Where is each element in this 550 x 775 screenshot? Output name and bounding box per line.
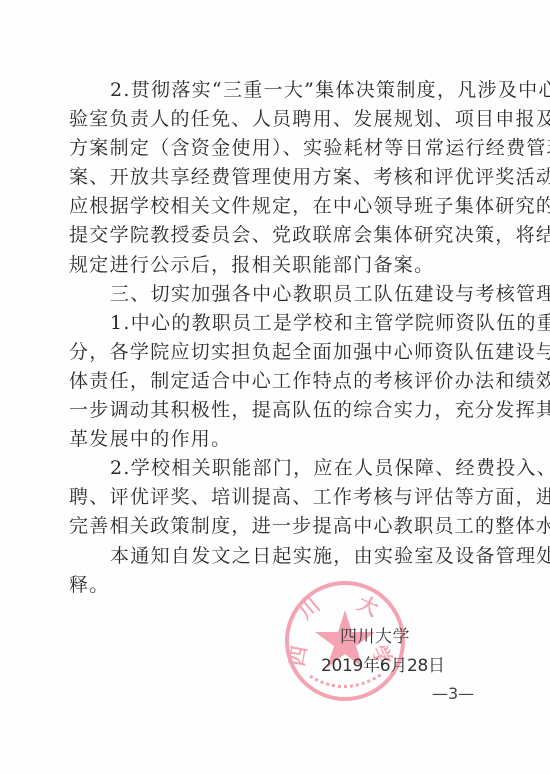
issue-date: 2019年6月28日 <box>321 651 445 676</box>
document-body: 2.贯彻落实“三重一大”集体决策制度，凡涉及中心所属实 验室负责人的任免、人员聘… <box>69 76 479 600</box>
page-number: —3— <box>432 684 474 703</box>
seal-char: 四 <box>285 644 312 668</box>
text-line: 方案制定（含资金使用）、实验耗材等日常运行经费管理使用方 <box>69 134 479 163</box>
text-line: 1.中心的教职员工是学校和主管学院师资队伍的重要组成部 <box>69 309 479 338</box>
text-line: 提交学院教授委员会、党政联席会集体研究决策，将结果按相关 <box>69 221 479 250</box>
text-line: 案、开放共享经费管理使用方案、考核和评优评奖活动等，中心 <box>69 163 479 192</box>
text-line: 一步调动其积极性，提高队伍的综合实力，充分发挥其在学校改 <box>69 396 479 425</box>
text-line: 聘、评优评奖、培训提高、工作考核与评估等方面，进一步健全 <box>69 483 479 512</box>
text-line: 释。 <box>69 571 479 600</box>
text-line: 2.贯彻落实“三重一大”集体决策制度，凡涉及中心所属实 <box>69 76 479 105</box>
text-line: 2.学校相关职能部门，应在人员保障、经费投入、职称评 <box>69 454 479 483</box>
text-line: 分，各学院应切实担负起全面加强中心师资队伍建设与管理的主 <box>69 338 479 367</box>
text-line: 验室负责人的任免、人员聘用、发展规划、项目申报及具体建设 <box>69 105 479 134</box>
text-line: 完善相关政策制度，进一步提高中心教职员工的整体水平。 <box>69 512 479 541</box>
text-line: 应根据学校相关文件规定，在中心领导班子集体研究的基础上， <box>69 192 479 221</box>
text-line: 本通知自发文之日起实施，由实验室及设备管理处负责解 <box>69 542 479 571</box>
text-line: 体责任，制定适合中心工作特点的考核评价办法和绩效政策，进 <box>69 367 479 396</box>
issuer-signature: 四川大学 <box>340 622 410 647</box>
document-page: 2.贯彻落实“三重一大”集体决策制度，凡涉及中心所属实 验室负责人的任免、人员聘… <box>0 0 550 775</box>
seal-char: 川 <box>294 593 325 624</box>
text-line: 革发展中的作用。 <box>69 425 479 454</box>
section-heading: 三、切实加强各中心教职员工队伍建设与考核管理 <box>69 280 479 309</box>
text-line: 规定进行公示后，报相关职能部门备案。 <box>69 251 479 280</box>
